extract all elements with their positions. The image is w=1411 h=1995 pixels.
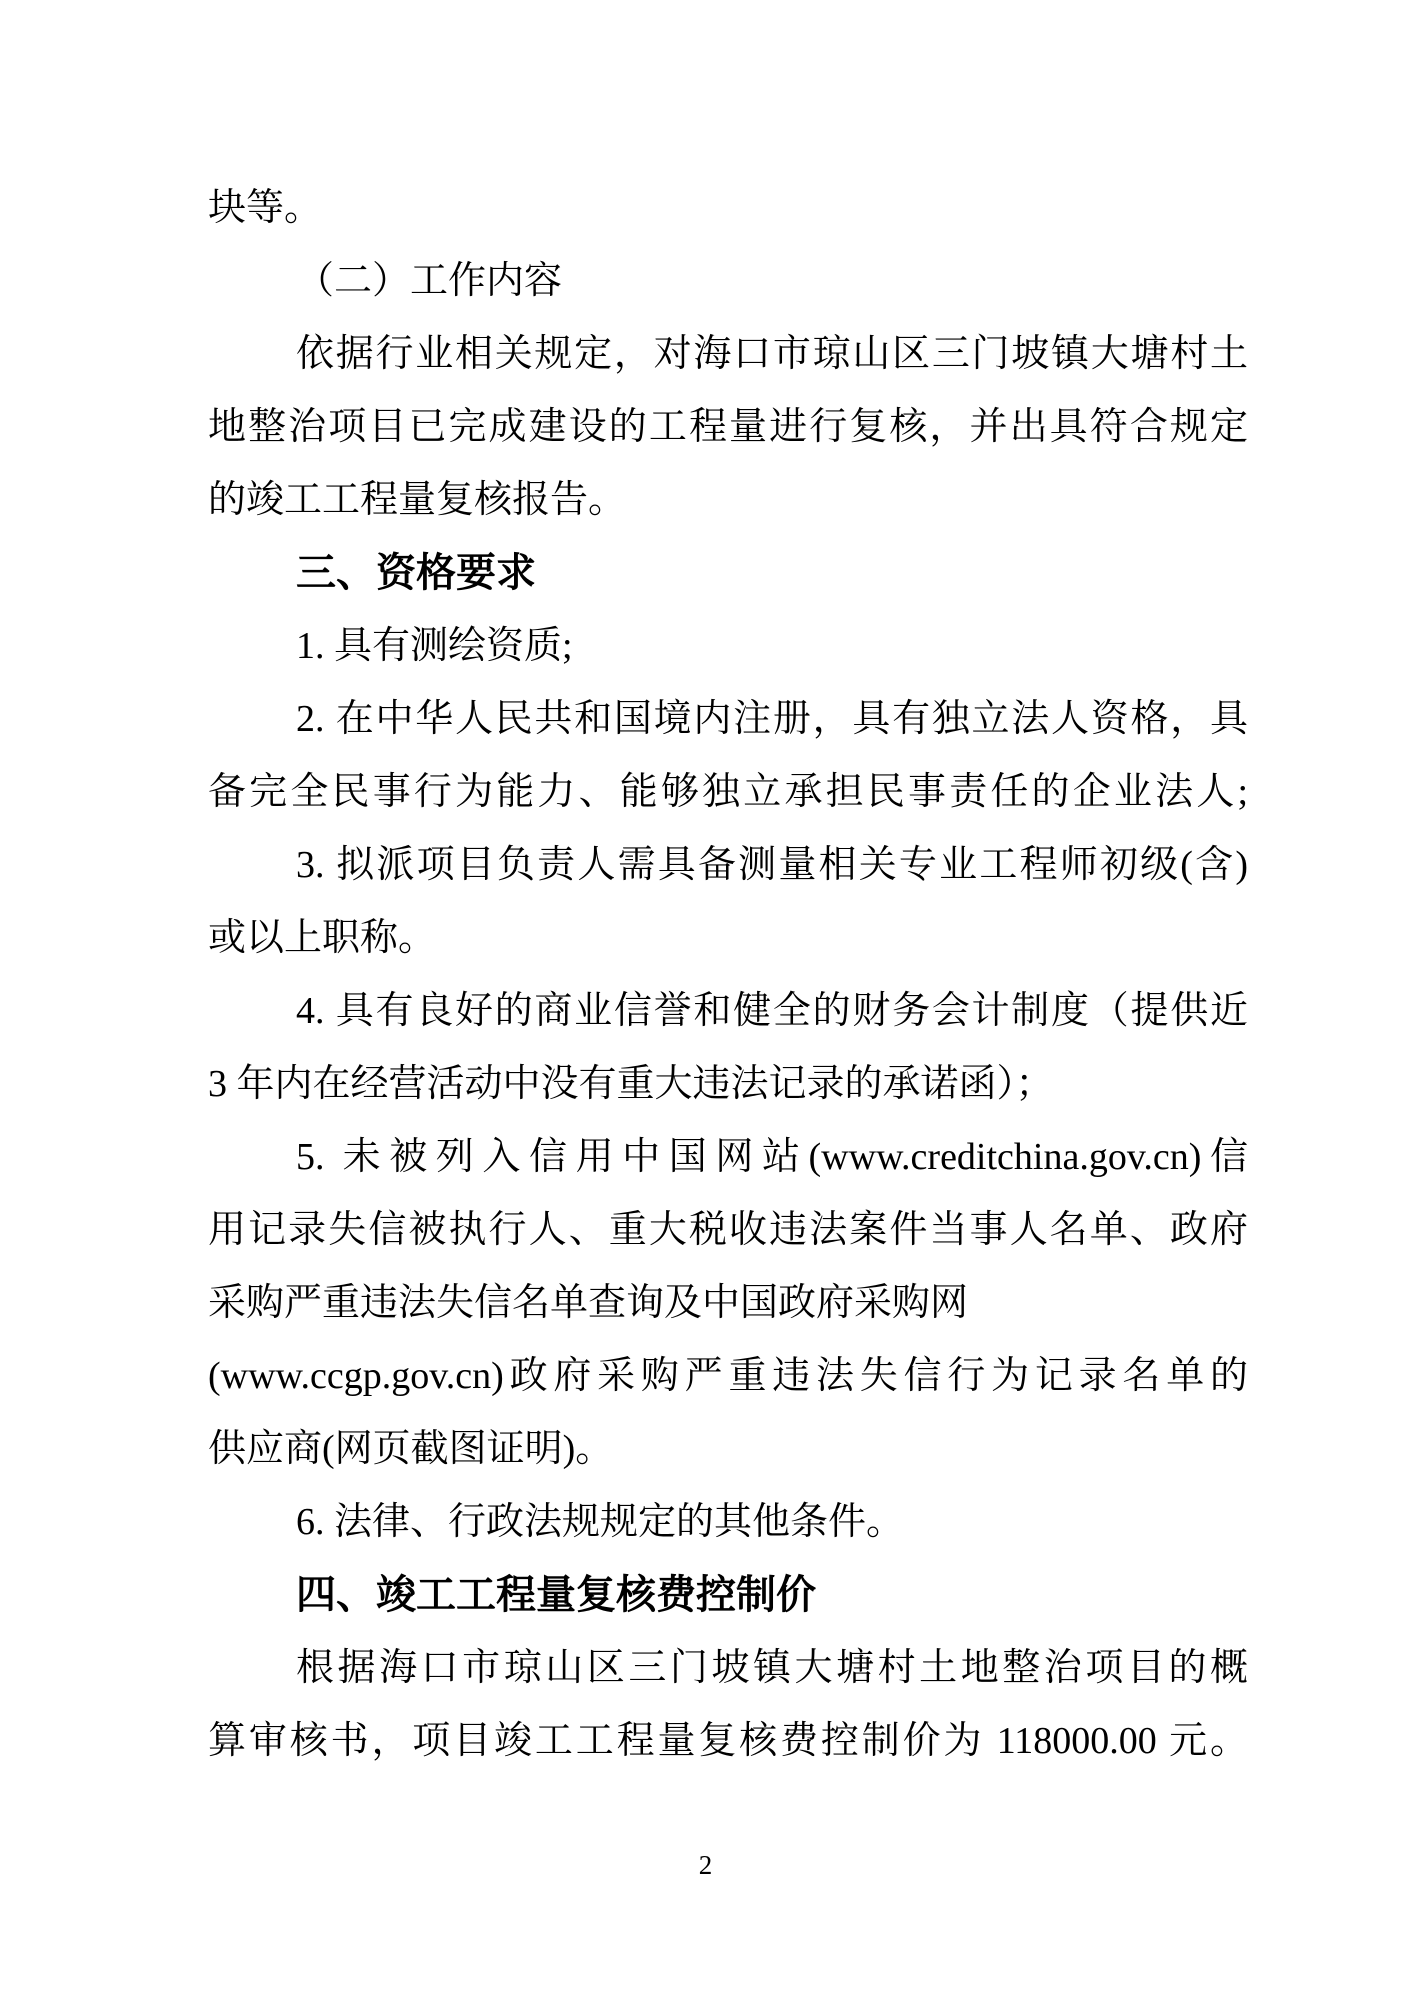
text-line: 6. 法律、行政法规规定的其他条件。 [208, 1486, 1248, 1559]
text-line: 算审核书，项目竣工工程量复核费控制价为 118000.00 元。 [208, 1705, 1248, 1778]
text-line: 1. 具有测绘资质; [208, 610, 1248, 683]
text-line: 供应商(网页截图证明)。 [208, 1413, 1248, 1486]
section-heading: 三、资格要求 [208, 537, 1248, 610]
text-line: 2. 在中华人民共和国境内注册，具有独立法人资格，具 [208, 683, 1248, 756]
text-line: 备完全民事行为能力、能够独立承担民事责任的企业法人; [208, 756, 1248, 829]
section-heading: 四、竣工工程量复核费控制价 [208, 1559, 1248, 1632]
document-body: 块等。（二）工作内容依据行业相关规定，对海口市琼山区三门坡镇大塘村土地整治项目已… [208, 172, 1248, 1778]
text-line: 4. 具有良好的商业信誉和健全的财务会计制度（提供近 [208, 975, 1248, 1048]
text-line: 5. 未被列入信用中国网站(www.creditchina.gov.cn)信 [208, 1121, 1248, 1194]
text-line: 或以上职称。 [208, 902, 1248, 975]
text-line: 的竣工工程量复核报告。 [208, 464, 1248, 537]
text-line: 依据行业相关规定，对海口市琼山区三门坡镇大塘村土 [208, 318, 1248, 391]
text-line: 地整治项目已完成建设的工程量进行复核，并出具符合规定 [208, 391, 1248, 464]
text-line: 采购严重违法失信名单查询及中国政府采购网 [208, 1267, 1248, 1340]
text-line: （二）工作内容 [208, 245, 1248, 318]
text-line: 块等。 [208, 172, 1248, 245]
text-line: 用记录失信被执行人、重大税收违法案件当事人名单、政府 [208, 1194, 1248, 1267]
text-line: 3 年内在经营活动中没有重大违法记录的承诺函）； [208, 1048, 1248, 1121]
text-line: 3. 拟派项目负责人需具备测量相关专业工程师初级(含) [208, 829, 1248, 902]
document-page: 块等。（二）工作内容依据行业相关规定，对海口市琼山区三门坡镇大塘村土地整治项目已… [0, 0, 1411, 1995]
page-footer: 2 [0, 1850, 1411, 1880]
text-line: 根据海口市琼山区三门坡镇大塘村土地整治项目的概 [208, 1632, 1248, 1705]
page-number: 2 [699, 1850, 713, 1880]
text-line: (www.ccgp.gov.cn)政府采购严重违法失信行为记录名单的 [208, 1340, 1248, 1413]
